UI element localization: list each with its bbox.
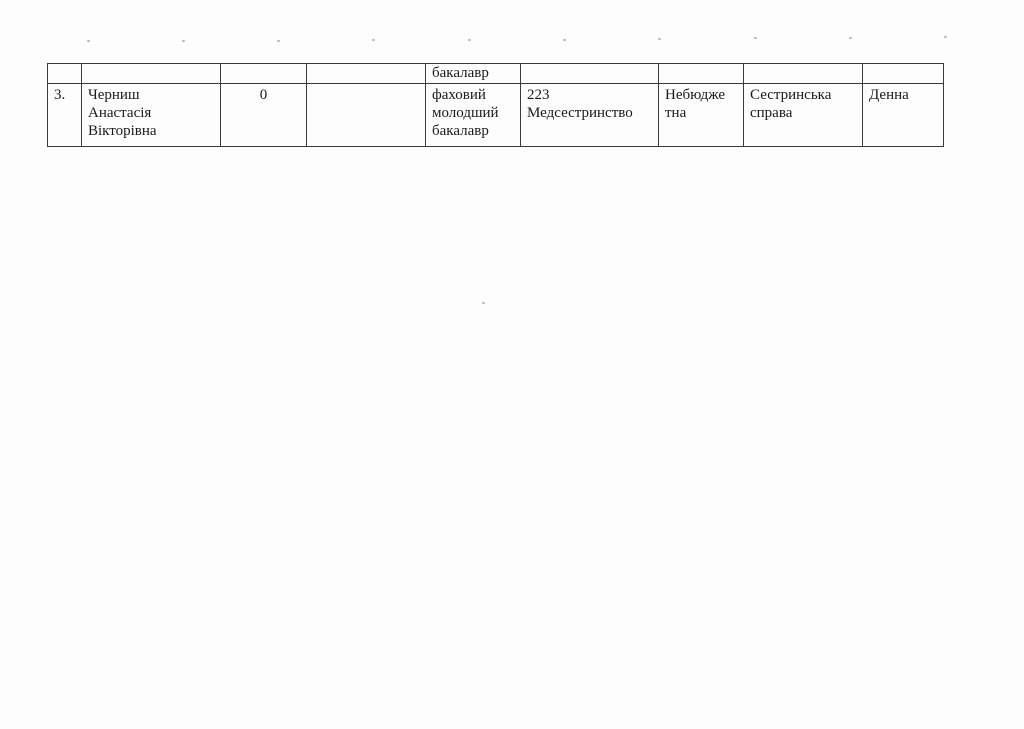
scan-speck xyxy=(563,39,566,41)
cell xyxy=(521,64,659,84)
scan-speck xyxy=(754,37,757,39)
scan-speck xyxy=(658,38,661,40)
scan-speck xyxy=(468,39,471,41)
empty-cell xyxy=(307,84,426,147)
scan-speck xyxy=(182,40,185,42)
cell-degree: бакалавр xyxy=(426,64,521,84)
full-name: Черниш Анастасія Вікторівна xyxy=(82,84,221,147)
cell xyxy=(48,64,82,84)
scan-speck xyxy=(849,37,852,39)
cell xyxy=(82,64,221,84)
score: 0 xyxy=(221,84,307,147)
scan-speck xyxy=(372,39,375,41)
scan-speck xyxy=(87,40,90,42)
scan-speck xyxy=(944,36,947,38)
program: Сестринська справа xyxy=(744,84,863,147)
continuation-row: бакалавр xyxy=(48,64,944,84)
row-number: 3. xyxy=(48,84,82,147)
funding: Небюдже тна xyxy=(659,84,744,147)
scan-speck xyxy=(277,40,280,42)
specialty: 223 Медсестринство xyxy=(521,84,659,147)
students-table: бакалавр 3. Черниш Анастасія Вікторівна … xyxy=(47,63,944,147)
scan-speck xyxy=(482,302,485,304)
cell xyxy=(744,64,863,84)
degree: фаховий молодший бакалавр xyxy=(426,84,521,147)
cell xyxy=(221,64,307,84)
table-row: 3. Черниш Анастасія Вікторівна 0 фаховий… xyxy=(48,84,944,147)
cell xyxy=(659,64,744,84)
cell xyxy=(863,64,944,84)
study-form: Денна xyxy=(863,84,944,147)
scanned-page: бакалавр 3. Черниш Анастасія Вікторівна … xyxy=(0,0,1024,729)
cell xyxy=(307,64,426,84)
